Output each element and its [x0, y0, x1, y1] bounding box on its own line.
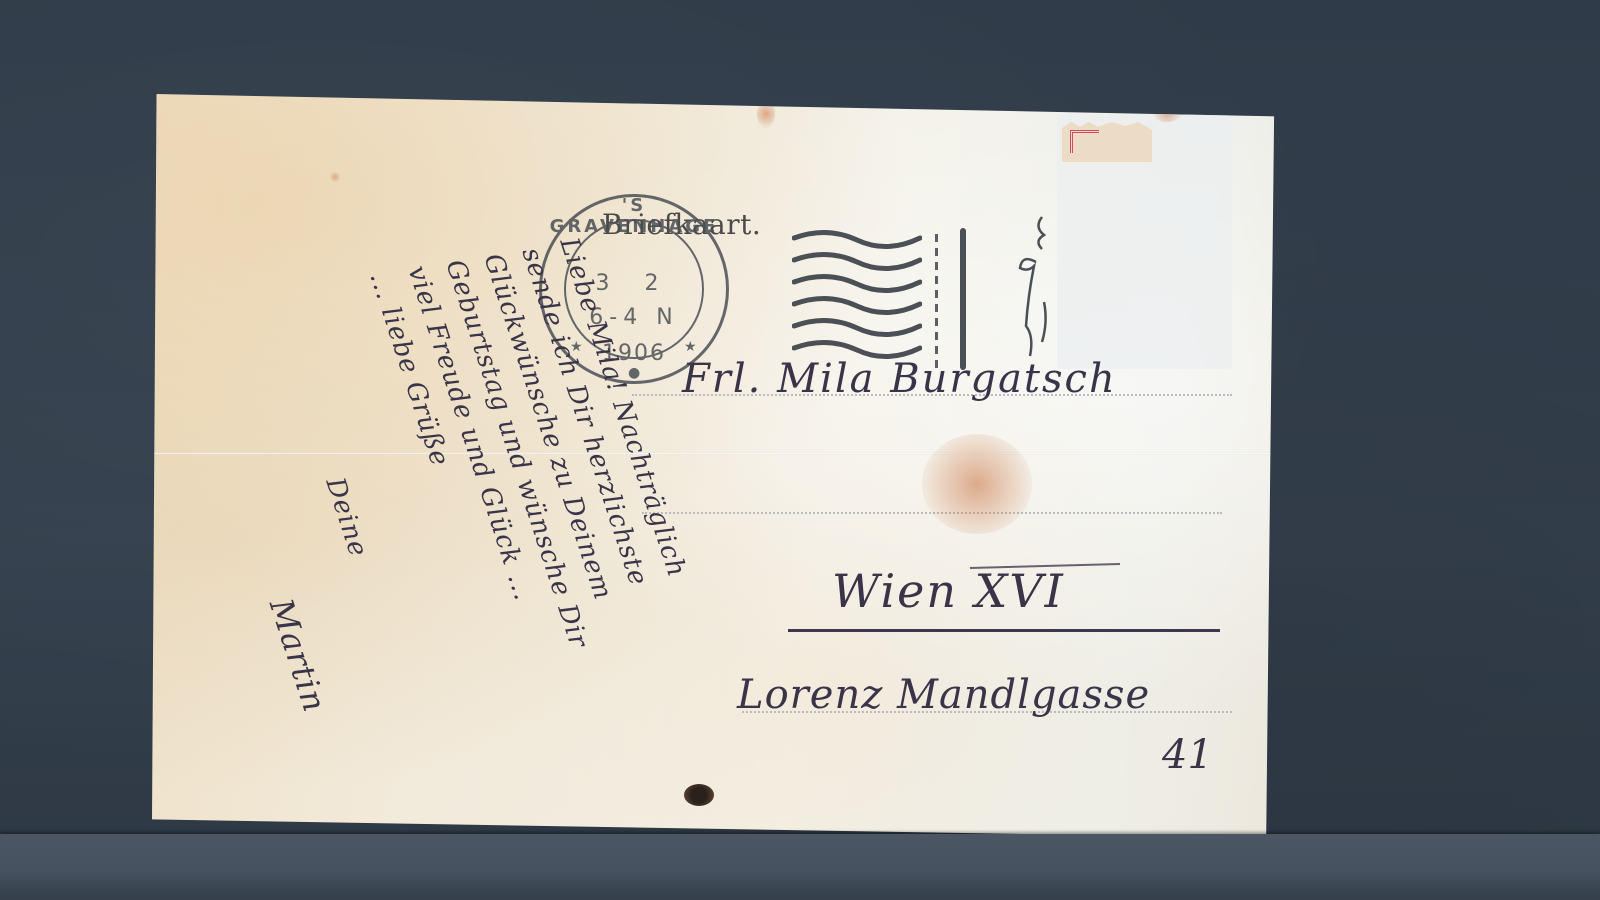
- cancel-solid-bar: [960, 228, 966, 370]
- message-line: Deine: [319, 474, 373, 561]
- city-underline: [788, 629, 1220, 632]
- postcard: Briefkaart. 'S GRAVENHAGE 3 2 6-4 N 1906…: [152, 94, 1282, 838]
- ink-blot: [684, 784, 714, 806]
- display-ledge: [0, 834, 1600, 900]
- stamp-frame-fragment: [1070, 130, 1099, 153]
- handwritten-message: Liebe Mila! Nachträglich sende ich Dir h…: [212, 174, 592, 814]
- recipient-house-number: 41: [1162, 732, 1213, 778]
- recipient-street: Lorenz Mandlgasse: [737, 672, 1150, 718]
- signature: Martin: [262, 594, 334, 717]
- dot-icon: ●: [628, 365, 640, 381]
- star-icon: ★: [684, 339, 697, 355]
- recipient-name: Frl. Mila Burgatsch: [682, 356, 1117, 402]
- rust-stain: [922, 434, 1032, 534]
- cancel-dashed-bar: [935, 234, 938, 369]
- recipient-city: Wien XVI: [832, 564, 1065, 618]
- wavy-cancel-lines: [792, 228, 922, 368]
